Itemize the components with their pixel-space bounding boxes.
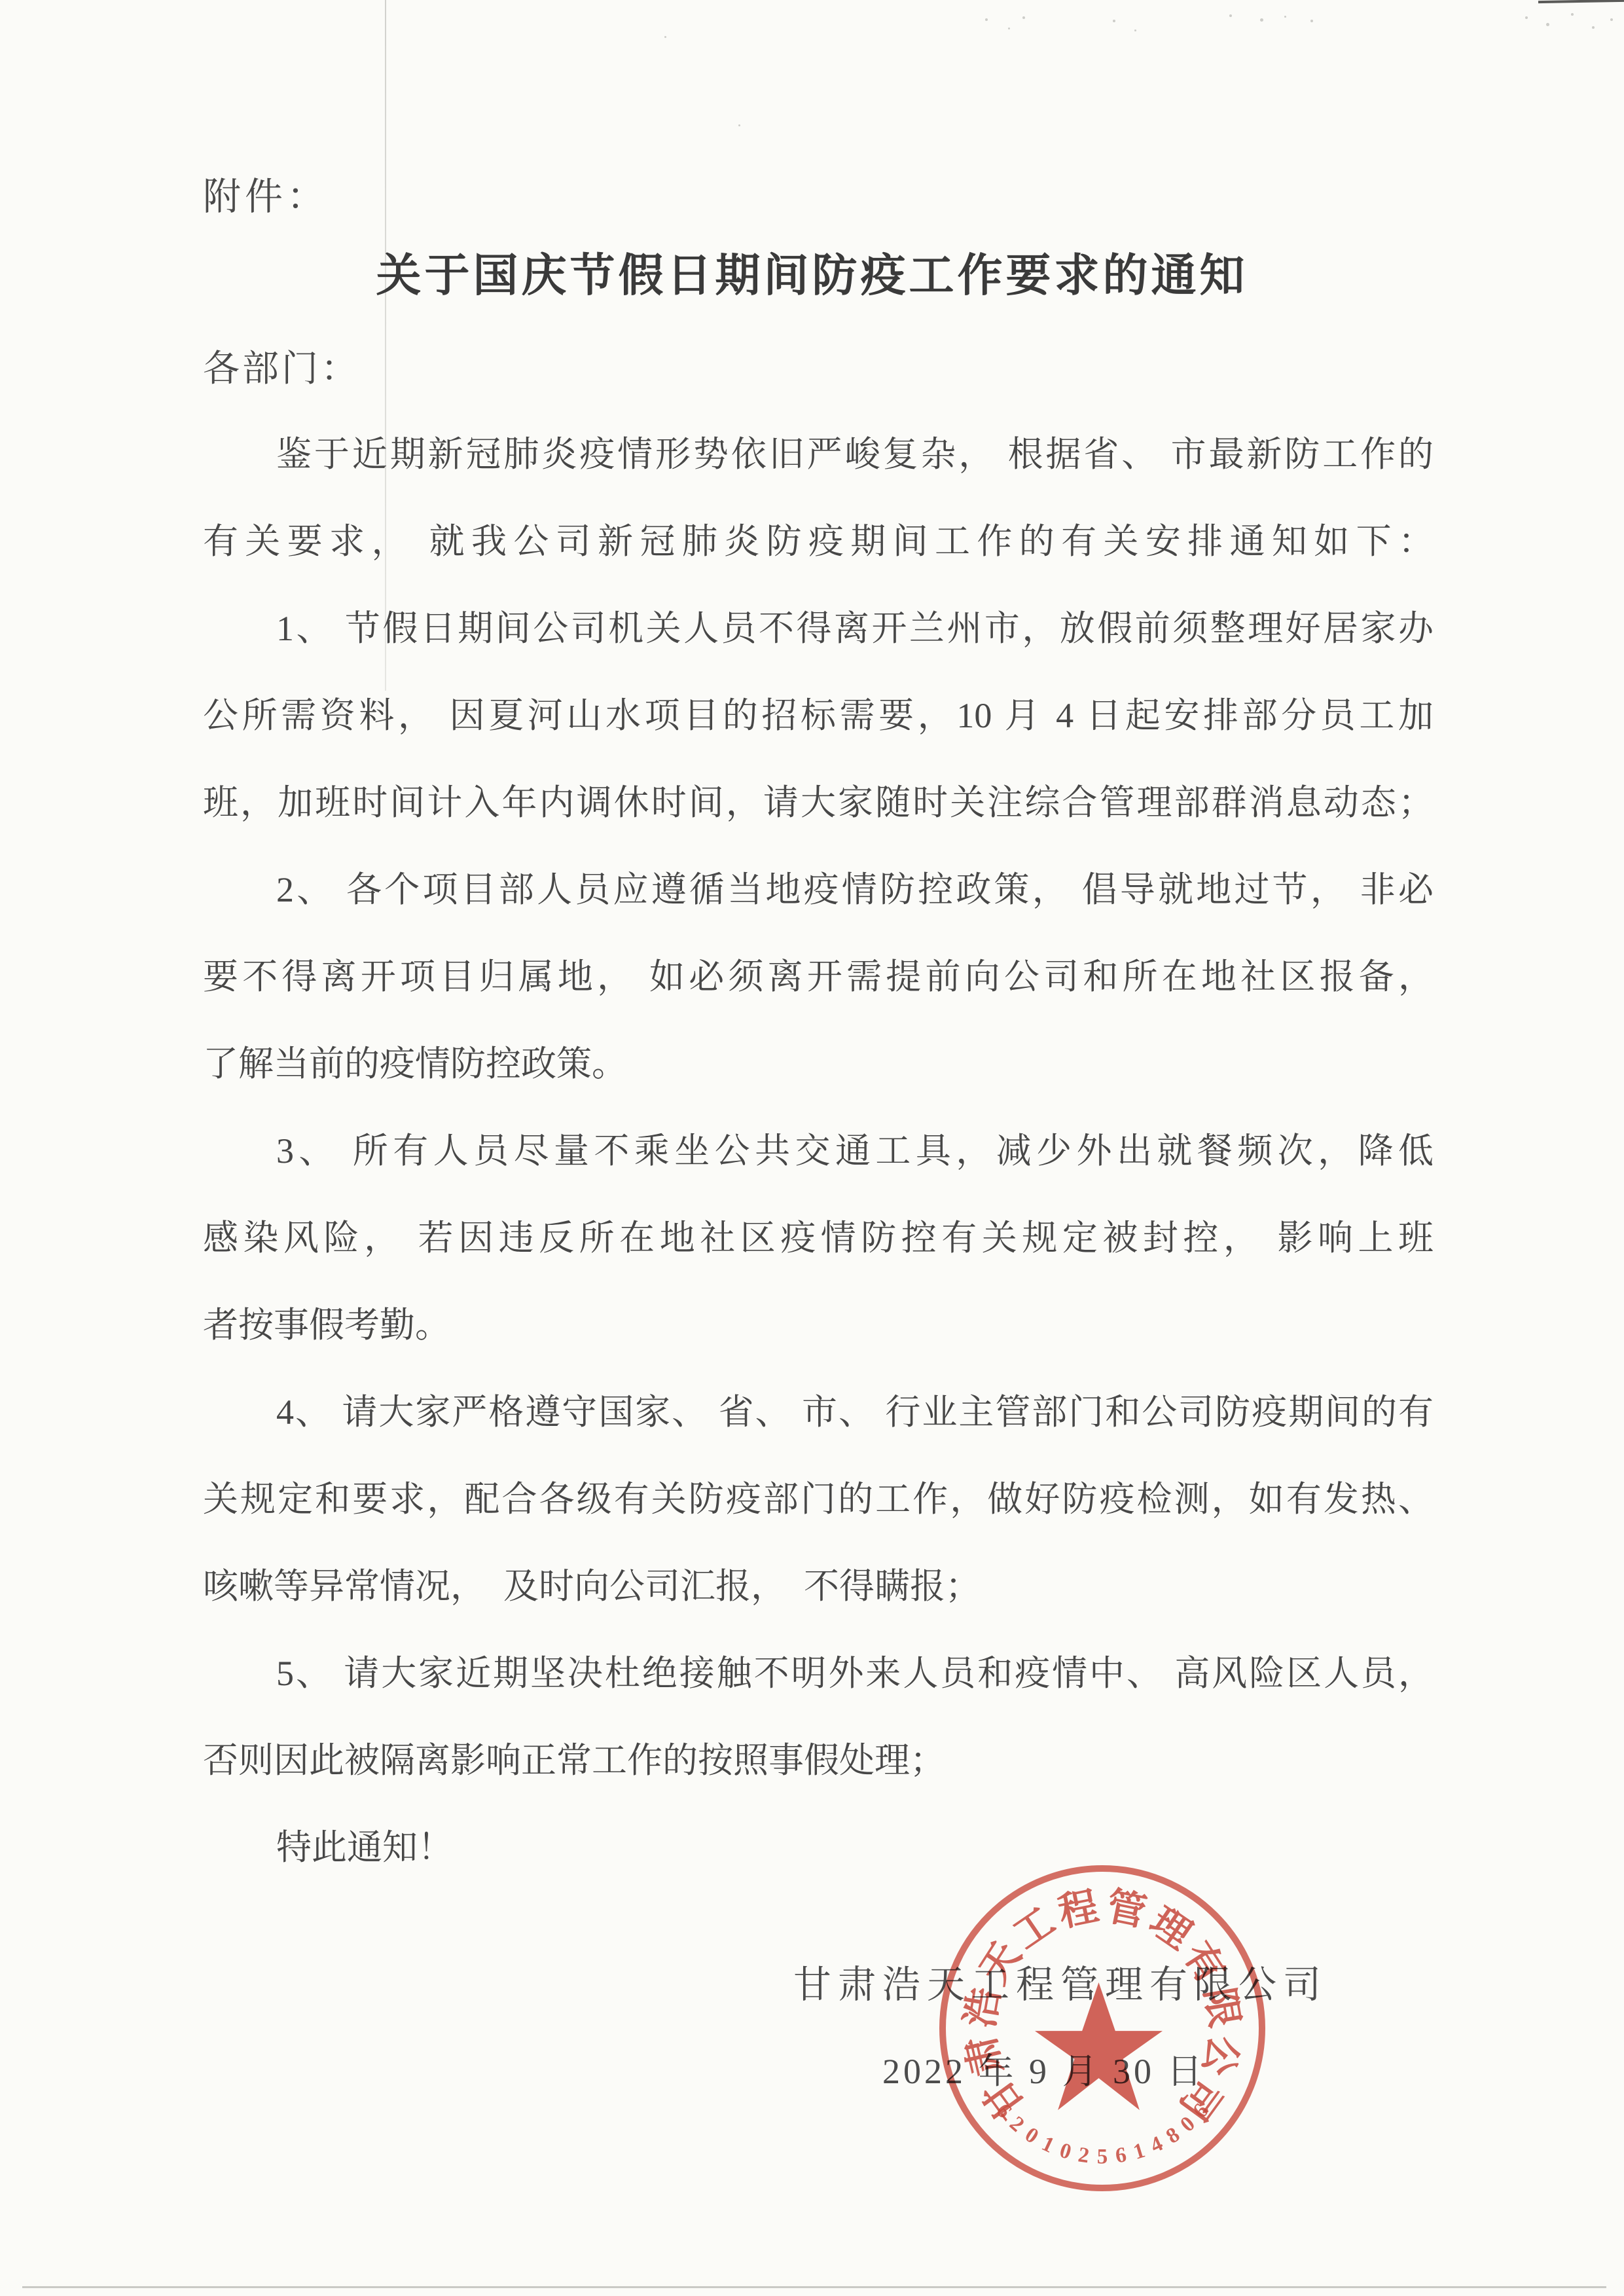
scan-speck <box>1546 23 1549 26</box>
scan-speck <box>1310 20 1313 22</box>
body-line: 否则因此被隔离影响正常工作的按照事假处理； <box>203 1717 1434 1804</box>
scan-speck <box>1134 29 1136 31</box>
scan-speck <box>1284 16 1286 18</box>
scan-speck <box>985 18 988 21</box>
scan-speck <box>1022 16 1025 19</box>
scan-speck <box>1610 18 1613 21</box>
body-line: 1、 节假日期间公司机关人员不得离开兰州市，放假前须整理好居家办 <box>203 585 1434 672</box>
document-body: 鉴于近期新冠肺炎疫情形势依旧严峻复杂， 根据省、 市最新防工作的有关要求， 就我… <box>203 411 1434 1891</box>
scan-speck <box>1592 26 1595 29</box>
scan-speck <box>1260 18 1263 22</box>
body-line: 者按事假考勤。 <box>203 1282 1434 1369</box>
scan-speck <box>1113 20 1115 22</box>
body-line: 鉴于近期新冠肺炎疫情形势依旧严峻复杂， 根据省、 市最新防工作的 <box>203 411 1434 498</box>
document-title: 关于国庆节假日期间防疫工作要求的通知 <box>0 250 1624 301</box>
body-line: 4、 请大家严格遵守国家、 省、 市、 行业主管部门和公司防疫期间的有 <box>203 1369 1434 1456</box>
scan-speck <box>1229 14 1232 17</box>
scan-artifact-corner-mark <box>1538 0 1624 3</box>
scan-speck <box>664 36 666 38</box>
body-line: 公所需资料， 因夏河山水项目的招标需要，10 月 4 日起安排部分员工加 <box>203 672 1434 759</box>
body-line: 班，加班时间计入年内调休时间，请大家随时关注综合管理部群消息动态； <box>203 759 1434 847</box>
scan-speck <box>1571 13 1574 16</box>
body-line: 咳嗽等异常情况， 及时向公司汇报， 不得瞒报； <box>203 1543 1434 1630</box>
body-line: 有关要求， 就我公司新冠肺炎防疫期间工作的有关安排通知如下： <box>203 498 1434 585</box>
seal-serial-digit: 5 <box>1097 2145 1108 2170</box>
scan-artifact-bottom-line <box>22 2286 1606 2288</box>
scan-speck <box>1525 16 1528 19</box>
scanned-notice-page: 附件： 关于国庆节假日期间防疫工作要求的通知 各部门： 鉴于近期新冠肺炎疫情形势… <box>0 0 1624 2296</box>
body-line: 关规定和要求，配合各级有关防疫部门的工作，做好防疫检测，如有发热、 <box>203 1456 1434 1543</box>
body-line: 要不得离开项目归属地， 如必须离开需提前向公司和所在地社区报备， <box>203 934 1434 1021</box>
scan-speck <box>1008 27 1010 29</box>
company-seal-stamp: 甘肃浩天工程管理有限公司 6201025614806 <box>939 1865 1265 2191</box>
attachment-label: 附件： <box>203 175 329 219</box>
scan-speck <box>738 124 740 126</box>
body-line: 2、 各个项目部人员应遵循当地疫情防控政策， 倡导就地过节， 非必 <box>203 847 1434 934</box>
body-line: 3、 所有人员尽量不乘坐公共交通工具，减少外出就餐频次，降低 <box>203 1108 1434 1195</box>
body-line: 5、 请大家近期坚决杜绝接触不明外来人员和疫情中、 高风险区人员， <box>203 1630 1434 1717</box>
body-line: 了解当前的疫情防控政策。 <box>203 1021 1434 1108</box>
salutation: 各部门： <box>203 348 360 390</box>
body-line: 感染风险， 若因违反所在地社区疫情防控有关规定被封控， 影响上班 <box>203 1195 1434 1282</box>
